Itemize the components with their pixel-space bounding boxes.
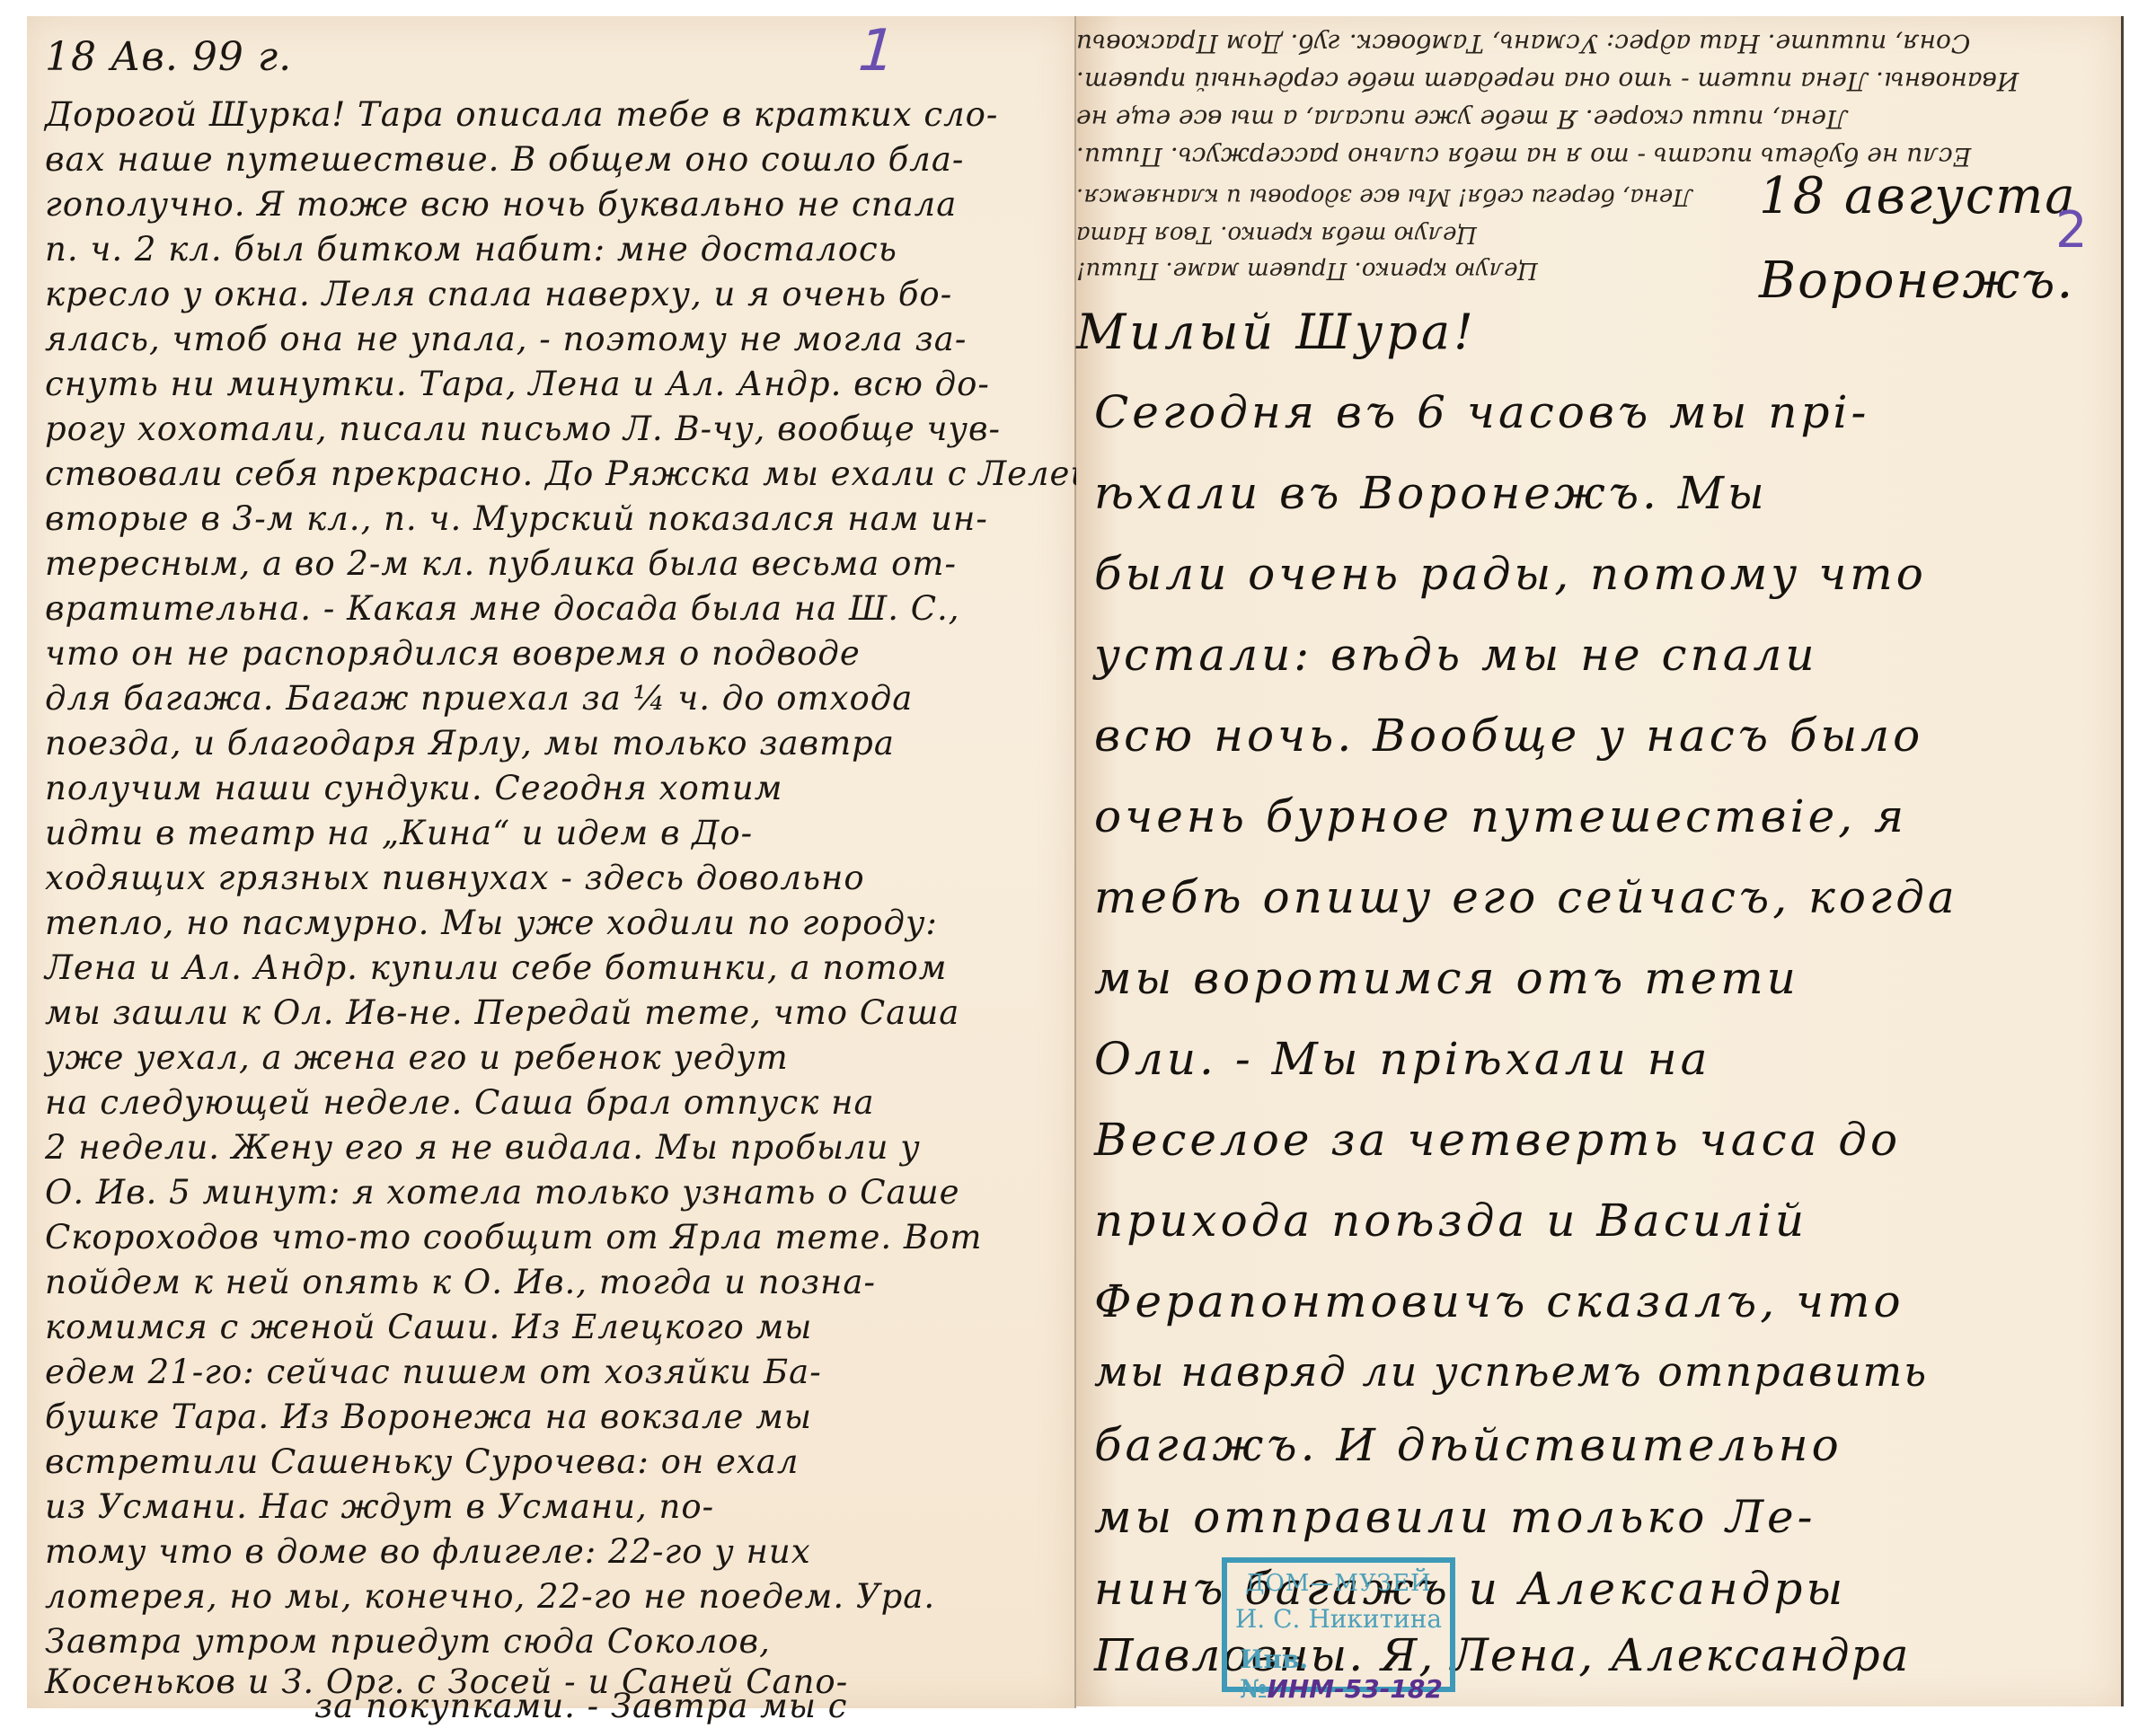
letter-date: 18 Ав. 99 г. bbox=[45, 34, 292, 80]
letter-line: для багажа. Багаж приехал за ¼ ч. до отх… bbox=[45, 679, 913, 718]
letter-line: едем 21-го: сейчас пишем от хозяйки Ба- bbox=[45, 1353, 822, 1391]
stamp-inventory-line: Инв. №ИНМ-53-182 bbox=[1227, 1644, 1450, 1704]
letter-line: 2 недели. Жену его я не видала. Мы пробы… bbox=[45, 1128, 921, 1167]
letter-line: устали: вѣдь мы не спали bbox=[1094, 629, 1818, 681]
stamp-museum-line: ДОМ—МУЗЕЙ bbox=[1227, 1570, 1450, 1597]
letter-line: были очень рады, потому что bbox=[1094, 548, 1927, 600]
letter-line: вах наше путешествие. В общем оно сошло … bbox=[45, 140, 964, 179]
upside-down-note: Целую крепко. Привет маме. Пиши! bbox=[1076, 257, 1538, 284]
letter-date: 18 августа bbox=[1759, 167, 2077, 225]
letter-line: получим наши сундуки. Сегодня хотим bbox=[45, 769, 782, 807]
letter-line: Павловны. Я, Лена, Александра bbox=[1094, 1629, 1910, 1681]
letter-line: бушке Тара. Из Воронежа на вокзале мы bbox=[45, 1397, 812, 1436]
right-page: Соня, пишите. Наш адрес: Усмань, Тамбовс… bbox=[1076, 16, 2124, 1706]
letter-line: вратительна. - Какая мне досада была на … bbox=[45, 589, 960, 628]
letter-line: тому что в доме во флигеле: 22-го у них bbox=[45, 1532, 811, 1571]
stamp-inv-number: ИНМ-53-182 bbox=[1267, 1674, 1442, 1704]
letter-line: ствовали себя прекрасно. До Ряжска мы ех… bbox=[45, 454, 1092, 493]
letter-line: Сегодня въ 6 часовъ мы прі- bbox=[1094, 386, 1869, 438]
letter-line: очень бурное путешествіе, я bbox=[1094, 790, 1907, 842]
letter-line: поезда, и благодаря Ярлу, мы только завт… bbox=[45, 724, 895, 763]
letter-line: Веселое за четверть часа до bbox=[1094, 1114, 1901, 1166]
left-page: 1 18 Ав. 99 г. Дорогой Шурка! Тара описа… bbox=[27, 16, 1076, 1708]
letter-line: идти в театр на „Кина“ и идем в До- bbox=[45, 814, 753, 852]
letter-line: тебѣ опишу его сейчасъ, когда bbox=[1094, 871, 1958, 923]
letter-line: на следующей неделе. Саша брал отпуск на bbox=[45, 1083, 875, 1122]
letter-line: Завтра утром приедут сюда Соколов, bbox=[45, 1622, 771, 1661]
letter-line: ѣхали въ Воронежъ. Мы bbox=[1094, 467, 1768, 519]
letter-line: вторые в 3-м кл., п. ч. Мурский показалс… bbox=[45, 499, 988, 538]
letter-line: Лена и Ал. Андр. купили себе ботинки, а … bbox=[45, 948, 948, 987]
letter-line: гополучно. Я тоже всю ночь буквально не … bbox=[45, 185, 957, 224]
letter-line: тепло, но пасмурно. Мы уже ходили по гор… bbox=[45, 904, 938, 942]
letter-line: всю ночь. Вообще у насъ было bbox=[1094, 710, 1923, 762]
letter-line: п. ч. 2 кл. был битком набит: мне достал… bbox=[45, 230, 897, 269]
letter-line: багажъ. И дѣйствительно bbox=[1094, 1419, 1842, 1471]
letter-line: мы зашли к Ол. Ив-не. Передай тете, что … bbox=[45, 993, 959, 1032]
letter-line: пойдем к ней опять к О. Ив., тогда и поз… bbox=[45, 1263, 876, 1301]
stamp-name-line: И. С. Никитина bbox=[1227, 1604, 1450, 1634]
museum-inventory-stamp: ДОМ—МУЗЕЙ И. С. Никитина Инв. №ИНМ-53-18… bbox=[1222, 1557, 1455, 1692]
letter-line: ялась, чтоб она не упала, - поэтому не м… bbox=[45, 320, 967, 358]
letter-line: ходящих грязных пивнухах - здесь довольн… bbox=[45, 859, 865, 897]
letter-line: Оли. - Мы пріѣхали на bbox=[1094, 1033, 1710, 1085]
letter-line: Скороходов что-то сообщит от Ярла тете. … bbox=[45, 1218, 982, 1256]
letter-line: мы воротимся отъ тети bbox=[1094, 952, 1799, 1004]
letter-line: из Усмани. Нас ждут в Усмани, по- bbox=[45, 1487, 714, 1526]
upside-down-note: Ивановны. Лена пишет - что она передает … bbox=[1076, 66, 2019, 96]
letter-line: мы навряд ли успѣемъ отправить bbox=[1094, 1347, 1928, 1396]
letter-line: Ферапонтовичъ сказалъ, что bbox=[1094, 1275, 1904, 1327]
letter-line: уже уехал, а жена его и ребенок уедут bbox=[45, 1038, 789, 1077]
letter-line: прихода поѣзда и Василій bbox=[1094, 1195, 1807, 1247]
letter-line: встретили Сашеньку Сурочева: он ехал bbox=[45, 1442, 799, 1481]
letter-line: кресло у окна. Леля спала наверху, и я о… bbox=[45, 275, 952, 313]
upside-down-note: Лена, береги себя! Мы все здоровы и клан… bbox=[1076, 183, 1692, 210]
letter-line: лотерея, но мы, конечно, 22-го не поедем… bbox=[45, 1577, 935, 1616]
salutation: Милый Шура! bbox=[1076, 304, 1477, 360]
letter-line: тересным, а во 2-м кл. публика была весь… bbox=[45, 544, 957, 583]
page-number: 1 bbox=[849, 18, 904, 84]
upside-down-note: Лена, пиши скорее. Я тебе уже писала, а … bbox=[1076, 104, 1847, 134]
letter-line: что он не распорядился вовремя о подводе bbox=[45, 634, 861, 673]
letter-place: Воронежъ. bbox=[1759, 251, 2074, 310]
upside-down-note: Целую тебя крепко. Твоя Ната bbox=[1076, 221, 1477, 248]
upside-down-note: Соня, пишите. Наш адрес: Усмань, Тамбовс… bbox=[1076, 29, 1970, 58]
letter-line: за покупками. - Завтра мы с bbox=[314, 1687, 847, 1725]
letter-line: О. Ив. 5 минут: я хотела только узнать о… bbox=[45, 1173, 960, 1212]
letter-line: снуть ни минутки. Тара, Лена и Ал. Андр.… bbox=[45, 365, 990, 403]
letter-line: комимся с женой Саши. Из Елецкого мы bbox=[45, 1308, 812, 1346]
letter-line: нинъ багажъ и Александры bbox=[1094, 1563, 1846, 1615]
letter-line: мы отправили только Ле- bbox=[1094, 1491, 1816, 1543]
letter-line: Дорогой Шурка! Тара описала тебе в кратк… bbox=[45, 95, 998, 134]
letter-line: рогу хохотали, писали письмо Л. В-чу, во… bbox=[45, 410, 1001, 448]
